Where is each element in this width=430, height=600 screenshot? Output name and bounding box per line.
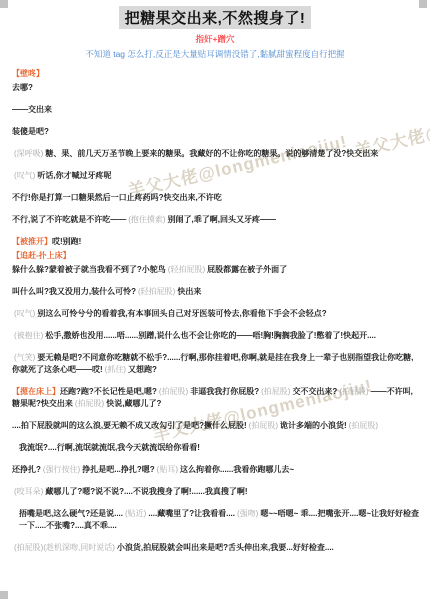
dialogue-text: 快说,藏哪儿了? [106, 399, 161, 408]
script-line: (被抱住)松手,撒娇也没用......唔......别蹭,说什么也不会让你吃的—… [12, 330, 420, 342]
corner-handle-top-right [419, 0, 427, 8]
dialogue-text: ....拍下屁股就叫的这么浪,要无赖不成又改勾引了是吧?撅什么屁股! [12, 421, 247, 430]
script-line: 不行!你是打算一口糖果然后一口止疼药吗?快交出来,不许吃 [12, 192, 420, 204]
dialogue-text: ....藏嘴里了?让我看看.... [148, 509, 235, 518]
stage-direction: (拍屁股) [349, 421, 378, 430]
dialogue-text: 哎!别跑! [52, 237, 81, 246]
script-body: 【壁咚】去哪?——交出来装傻是吧?(深呼吸)糖、果、前几天万圣节晚上要来的糖果。… [0, 60, 430, 554]
dialogue-text: 听话,你才喊过牙疼呢 [37, 171, 111, 180]
stage-direction: (轻拍屁股) [168, 265, 205, 274]
dialogue-text: 非逼我我打你屁股? [190, 387, 259, 396]
stage-direction: (咬耳朵) [14, 487, 43, 496]
stage-direction: (强吻) [237, 509, 258, 518]
dialogue-text: 别这么可怜兮兮的看着我,有本事回头自己对牙医装可怜去,你看他下手会不会轻点? [37, 309, 326, 318]
stage-direction: (深呼吸) [14, 149, 43, 158]
stage-direction: (轻拍屁股) [138, 287, 175, 296]
stage-direction: (拍屁股) [261, 387, 290, 396]
script-line: 【壁咚】 [12, 68, 420, 80]
script-line: 躲什么躲?蒙着被子就当我看不到了?小鸵鸟(轻拍屁股)屁股都露在被子外面了 [12, 264, 420, 276]
dialogue-text: 挣扎是吧...挣扎?嗯? [82, 465, 154, 474]
stage-direction: (抓住) [105, 365, 126, 374]
dialogue-text: 捂嘴是吧,这么硬气?还是说.... [19, 509, 123, 518]
dialogue-text: 别闹了,乖了啊,回头又牙疼—— [168, 215, 276, 224]
page-title: 把糖果交出来,不然搜身了! [119, 6, 312, 29]
dialogue-text: 不行!你是打算一口糖果然后一口止疼药吗?快交出来,不许吃 [12, 193, 222, 202]
stage-direction: (贴近) [125, 509, 146, 518]
dialogue-text: 屁股都露在被子外面了 [207, 265, 287, 274]
dialogue-text: ——交出来 [12, 105, 52, 114]
script-line: 【被推开】哎!别跑! [12, 236, 420, 248]
dialogue-text: 糖、果、前几天万圣节晚上要来的糖果。我藏好的不让你吃的糖果。说的够清楚了没?快交… [45, 149, 378, 158]
stage-direction: (拍屁股) [249, 421, 278, 430]
script-line: ....拍下屁股就叫的这么浪,要无赖不成又改勾引了是吧?撅什么屁股!(拍屁股)诡… [12, 420, 420, 432]
script-line: 不行,说了不许吃就是不许吃——(抱住摸索)别闹了,乖了啊,回头又牙疼—— [12, 214, 420, 226]
dialogue-text: 躲什么躲?蒙着被子就当我看不到了?小鸵鸟 [12, 265, 166, 274]
dialogue-text: 又想跑? [128, 365, 157, 374]
scene-tag: 【被推开】 [12, 237, 52, 246]
script-line: 去哪? [12, 82, 420, 94]
document-header: 把糖果交出来,不然搜身了! 指奸+蹭穴 不知道 tag 怎么打,反正是大量贴耳调… [0, 0, 430, 60]
corner-handle-top-left [0, 0, 8, 8]
stage-direction: (气笑) [14, 353, 35, 362]
dialogue-text: 交不交出来? [292, 387, 337, 396]
script-line: 装傻是吧? [12, 126, 420, 138]
dialogue-text: 不行,说了不许吃就是不许吃—— [12, 215, 126, 224]
scene-tag: 【追赶-扑上床】 [12, 251, 71, 260]
stage-direction: (拍屁股) [75, 399, 104, 408]
document-page: 羊父大佬@longmeniaojiu! 羊父大佬@longmeniaojiu! … [0, 0, 430, 600]
dialogue-text: 去哪? [12, 83, 33, 92]
corner-handle-bottom-left [0, 591, 8, 599]
dialogue-text: 小浪货,拍屁股就会叫出来是吧?舌头伸出来,我要...好好检查.... [117, 543, 334, 552]
script-line: (拍屁股)(趁机深吻,同时说话)小浪货,拍屁股就会叫出来是吧?舌头伸出来,我要.… [12, 542, 420, 554]
dialogue-text: 快出来 [177, 287, 201, 296]
stage-direction: (拍屁股) [159, 387, 188, 396]
stage-direction: (叹气) [14, 171, 35, 180]
script-line: 还挣扎?(强行按住)挣扎是吧...挣扎?嗯?(贴耳)这么拘着你......我看你… [12, 464, 420, 476]
script-line: 【追赶-扑上床】 [12, 250, 420, 262]
dialogue-text: 这么拘着你......我看你跑哪儿去~ [180, 465, 294, 474]
script-line: (咬耳朵)藏哪儿了?嗯?说不说?....不说我搜身了啊!......我真搜了啊! [12, 486, 420, 498]
script-line: (气笑)要无赖是吧?不同意你吃糖就不松手?......行啊,那你挂着吧,你啊,就… [12, 352, 420, 376]
dialogue-text: 藏哪儿了?嗯?说不说?....不说我搜身了啊!......我真搜了啊! [45, 487, 247, 496]
script-line: 叫什么叫?我又没用力,装什么可怜?(轻拍屁股)快出来 [12, 286, 420, 298]
script-line: (叹气)别这么可怜兮兮的看着我,有本事回头自己对牙医装可怜去,你看他下手会不会轻… [12, 308, 420, 320]
script-line: 【摁在床上】还跑?跑?不长记性是吧,嗯?(拍屁股)非逼我我打你屁股?(拍屁股)交… [12, 386, 420, 410]
dialogue-text: 还跑?跑?不长记性是吧,嗯? [60, 387, 157, 396]
script-line: 我流氓?....行啊,流氓就流氓,我今天就流氓给你看看! [12, 442, 420, 454]
stage-direction: (贴耳) [157, 465, 178, 474]
dialogue-text: 松手,撒娇也没用......唔......别蹭,说什么也不会让你吃的——唔!胸!… [45, 331, 376, 340]
script-line: 捂嘴是吧,这么硬气?还是说....(贴近)....藏嘴里了?让我看看....(强… [12, 508, 420, 532]
dialogue-text: 我流氓?....行啊,流氓就流氓,我今天就流氓给你看看! [19, 443, 200, 452]
stage-direction: (被抱住) [14, 331, 43, 340]
dialogue-text: 叫什么叫?我又没用力,装什么可怜? [12, 287, 136, 296]
script-line: (叹气)听话,你才喊过牙疼呢 [12, 170, 420, 182]
scene-tag: 【壁咚】 [12, 69, 44, 78]
scene-tag: 【摁在床上】 [12, 387, 60, 396]
dialogue-text: 装傻是吧? [12, 127, 49, 136]
dialogue-text: 还挣扎? [12, 465, 41, 474]
dialogue-text: 要无赖是吧?不同意你吃糖就不松手?......行啊,那你挂着吧,你啊,就是挂在我… [12, 353, 413, 374]
stage-direction: (叹气) [14, 309, 35, 318]
stage-direction: (抱住摸索) [128, 215, 165, 224]
script-line: ——交出来 [12, 104, 420, 116]
stage-direction: (拍屁股)(趁机深吻,同时说话) [14, 543, 115, 552]
dialogue-text: 诡计多端的小浪货! [280, 421, 347, 430]
stage-direction: (拍屁股) [339, 387, 368, 396]
tag-line: 指奸+蹭穴 [0, 33, 430, 45]
note-line: 不知道 tag 怎么打,反正是大量贴耳调情没错了,黏腻甜蜜程度自行把握 [0, 48, 430, 60]
script-line: (深呼吸)糖、果、前几天万圣节晚上要来的糖果。我藏好的不让你吃的糖果。说的够清楚… [12, 148, 420, 160]
stage-direction: (强行按住) [43, 465, 80, 474]
